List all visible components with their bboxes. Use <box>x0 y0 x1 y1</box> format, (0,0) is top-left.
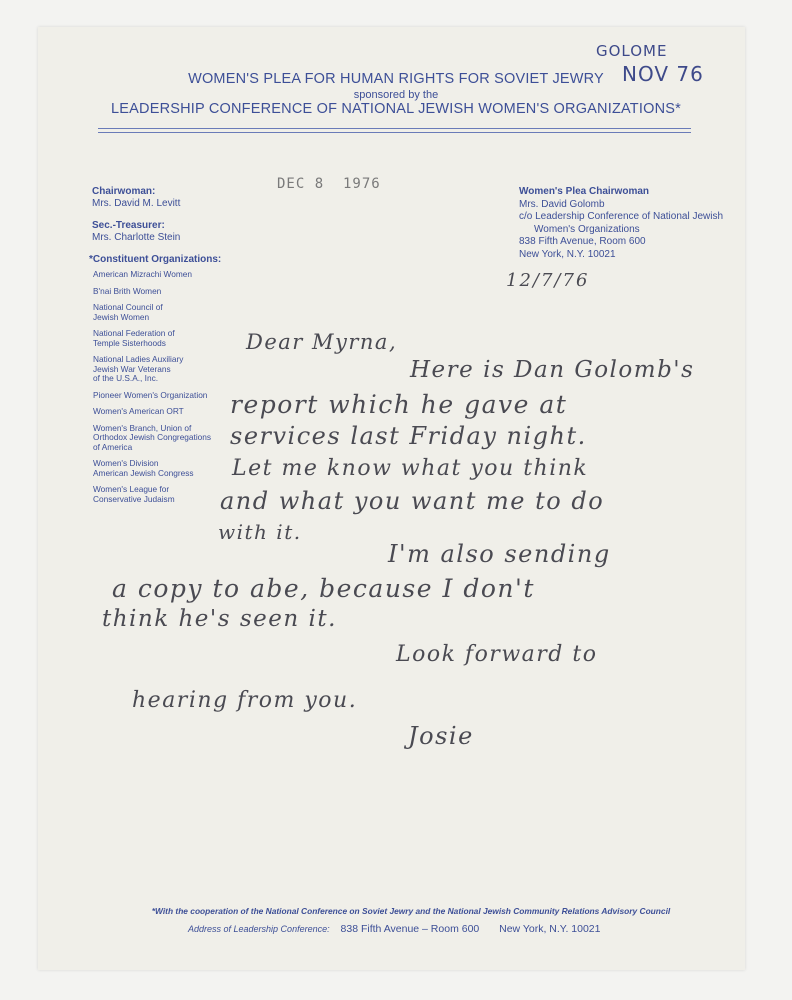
chairwoman-label: Chairwoman: <box>92 186 242 198</box>
annotation-name: GOLOME <box>596 42 667 60</box>
letterhead-sponsor-line: sponsored by the <box>0 89 792 101</box>
annotation-date: NOV 76 <box>622 62 704 86</box>
plea-chairwoman-name: Mrs. David Golomb <box>519 199 739 212</box>
letter-line: Look forward to <box>396 642 597 667</box>
organization-item: National Council of Jewish Women <box>92 303 242 322</box>
chairwoman-block: Chairwoman: Mrs. David M. Levitt <box>92 186 242 210</box>
letterhead-organization: LEADERSHIP CONFERENCE OF NATIONAL JEWISH… <box>0 101 792 117</box>
letter-line: report which he gave at <box>230 390 567 419</box>
treasurer-name: Mrs. Charlotte Stein <box>92 232 242 244</box>
letter-line: a copy to abe, because I don't <box>112 574 535 603</box>
footer-address: Address of Leadership Conference: 838 Fi… <box>188 923 601 935</box>
footer-cooperation-note: *With the cooperation of the National Co… <box>0 906 792 916</box>
footer-address-street: 838 Fifth Avenue – Room 600 <box>341 923 480 935</box>
plea-chairwoman-title: Women's Plea Chairwoman <box>519 186 739 199</box>
letter-line: with it. <box>218 520 302 544</box>
letter-line: Let me know what you think <box>232 456 588 481</box>
city-address: New York, N.Y. 10021 <box>519 249 739 262</box>
received-date-stamp: DEC 8 1976 <box>277 176 381 192</box>
organization-item: National Federation of Temple Sisterhood… <box>92 329 242 348</box>
constituent-organizations-label: *Constituent Organizations: <box>89 254 242 266</box>
letter-salutation: Dear Myrna, <box>246 330 397 354</box>
street-address: 838 Fifth Avenue, Room 600 <box>519 236 739 249</box>
organization-item: Women's Branch, Union of Orthodox Jewish… <box>92 424 242 453</box>
treasurer-block: Sec.-Treasurer: Mrs. Charlotte Stein <box>92 220 242 244</box>
letter-line: I'm also sending <box>388 540 611 568</box>
chairwoman-name: Mrs. David M. Levitt <box>92 198 242 210</box>
organization-item: Women's American ORT <box>92 407 242 417</box>
footer-address-city: New York, N.Y. 10021 <box>499 923 600 935</box>
organization-item: American Mizrachi Women <box>92 270 242 280</box>
letter-line: services last Friday night. <box>230 422 587 450</box>
plea-chairwoman-address: Women's Plea Chairwoman Mrs. David Golom… <box>519 186 739 261</box>
letter-line: hearing from you. <box>132 688 357 713</box>
handwritten-date: 12/7/76 <box>506 270 589 291</box>
officers-column: Chairwoman: Mrs. David M. Levitt Sec.-Tr… <box>92 186 242 511</box>
care-of-line: c/o Leadership Conference of National Je… <box>519 211 739 224</box>
organization-item: Pioneer Women's Organization <box>92 391 242 401</box>
organization-item: B'nai Brith Women <box>92 287 242 297</box>
letter-line: think he's seen it. <box>102 606 337 632</box>
letter-line: and what you want me to do <box>220 487 604 515</box>
footer-address-label: Address of Leadership Conference: <box>188 924 330 934</box>
organization-item: National Ladies Auxiliary Jewish War Vet… <box>92 355 242 384</box>
letter-signature: Josie <box>408 722 474 750</box>
letterhead-double-rule <box>98 128 691 133</box>
treasurer-label: Sec.-Treasurer: <box>92 220 242 232</box>
letter-line: Here is Dan Golomb's <box>410 357 694 383</box>
care-of-continuation: Women's Organizations <box>519 224 739 237</box>
organization-item: Women's Division American Jewish Congres… <box>92 459 242 478</box>
